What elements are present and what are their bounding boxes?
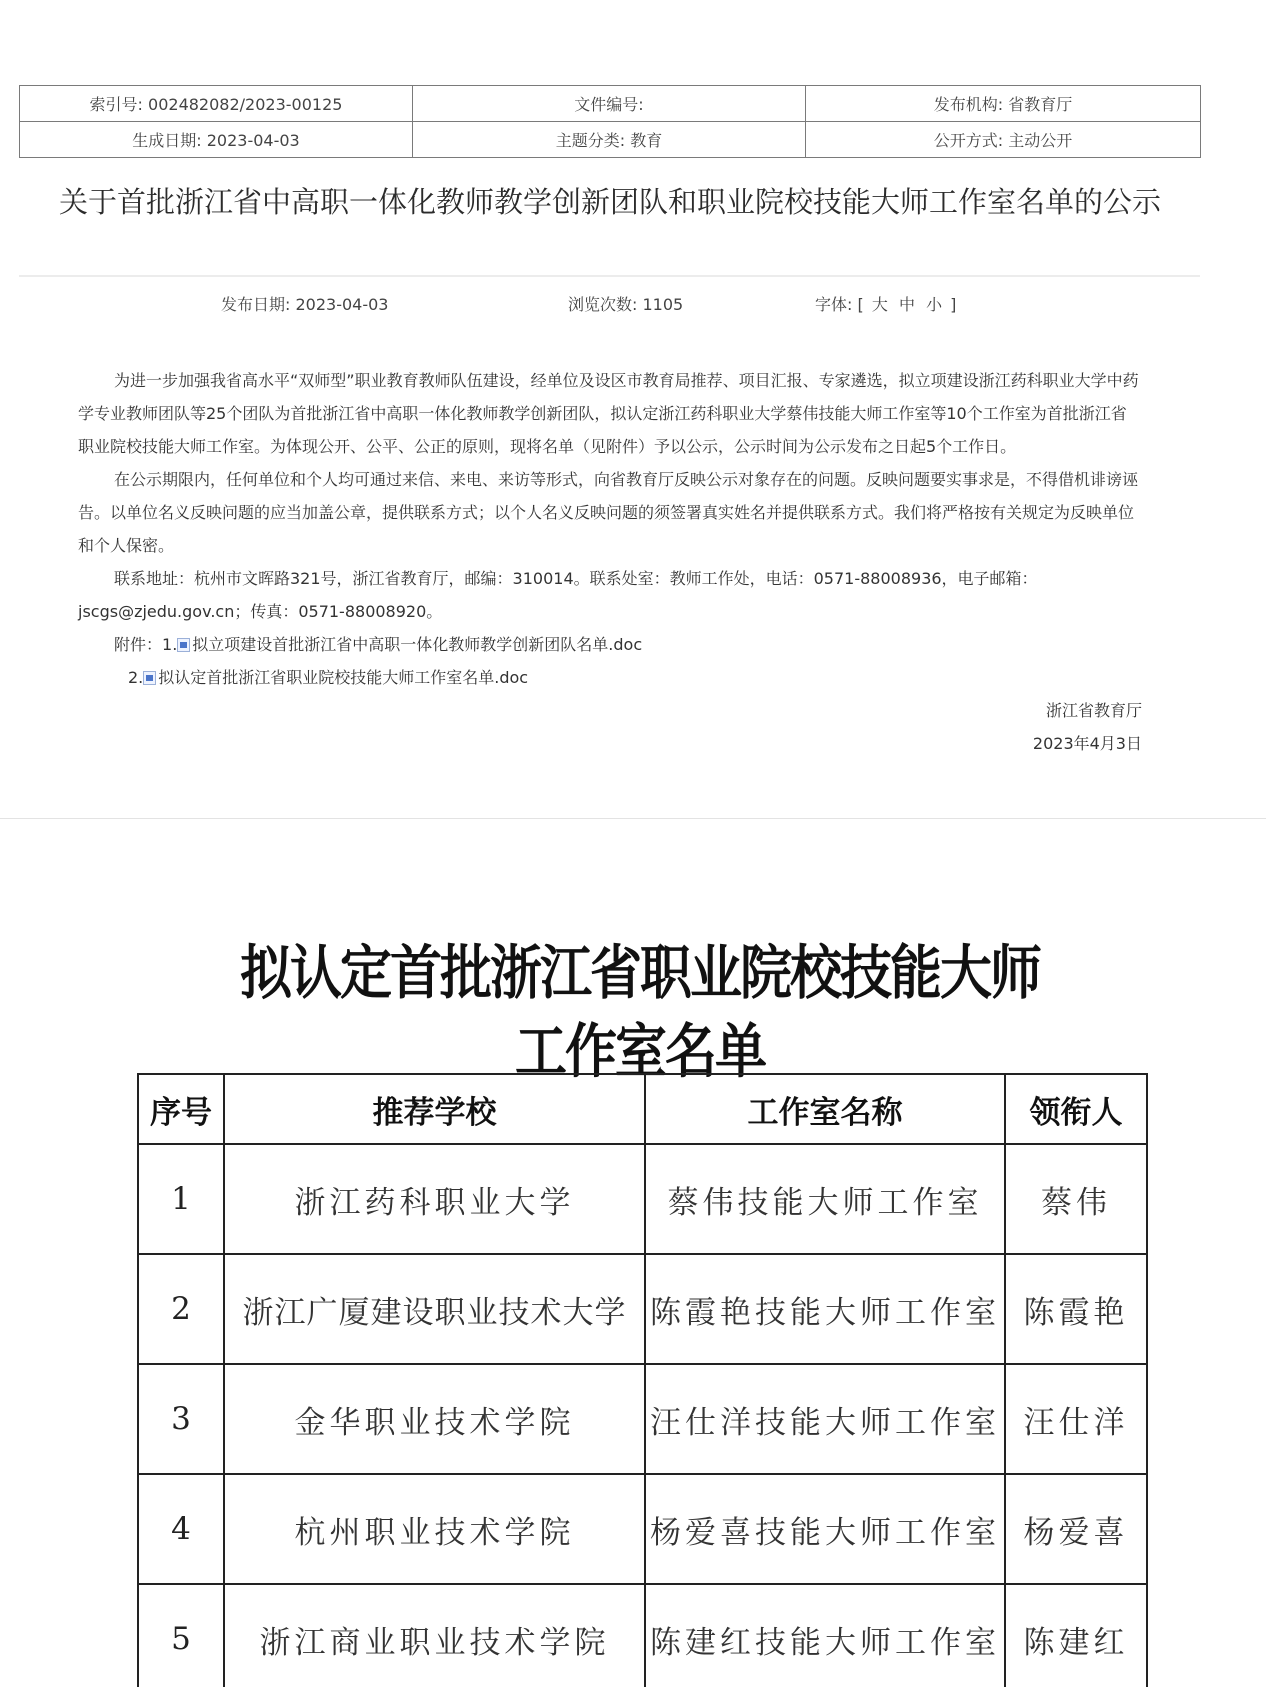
row-school: 浙江药科职业大学 [224,1144,645,1254]
signature-org: 浙江省教育厅 [78,694,1142,727]
row-studio: 汪仕洋技能大师工作室 [645,1364,1005,1474]
file-number: 文件编号: [413,86,806,122]
attachment-link-studios[interactable]: 拟认定首批浙江省职业院校技能大师工作室名单.doc [158,668,528,687]
font-size-control: 字体: [ 大 中 小 ] [815,292,956,315]
document-metadata-table: 索引号: 002482082/2023-00125 文件编号: 发布机构: 省教… [19,85,1201,158]
bracket-close: ] [950,295,956,314]
font-size-label: 字体: [815,295,852,314]
metadata-row: 索引号: 002482082/2023-00125 文件编号: 发布机构: 省教… [20,86,1201,122]
bracket-open: [ [858,295,864,314]
disclosure-method: 公开方式: 主动公开 [806,122,1201,158]
row-leader: 陈建红 [1005,1584,1147,1687]
word-doc-icon [143,671,156,685]
header-studio: 工作室名称 [645,1074,1005,1144]
row-studio: 蔡伟技能大师工作室 [645,1144,1005,1254]
attachments-label: 附件： [114,635,162,654]
table-row: 4 杭州职业技术学院 杨爱喜技能大师工作室 杨爱喜 [138,1474,1147,1584]
row-index: 4 [138,1474,224,1584]
article-body: 为进一步加强我省高水平“双师型”职业教育教师队伍建设，经单位及设区市教育局推荐、… [78,364,1142,760]
row-leader: 杨爱喜 [1005,1474,1147,1584]
attachment-document-title: 拟认定首批浙江省职业院校技能大师 工作室名单 [140,935,1140,1092]
publish-date: 发布日期: 2023-04-03 [221,292,388,315]
paragraph: 为进一步加强我省高水平“双师型”职业教育教师队伍建设，经单位及设区市教育局推荐、… [78,364,1142,463]
row-studio: 陈建红技能大师工作室 [645,1584,1005,1687]
table-row: 2 浙江广厦建设职业技术大学 陈霞艳技能大师工作室 陈霞艳 [138,1254,1147,1364]
row-leader: 陈霞艳 [1005,1254,1147,1364]
generated-date: 生成日期: 2023-04-03 [20,122,413,158]
title-divider [19,275,1200,277]
metadata-row: 生成日期: 2023-04-03 主题分类: 教育 公开方式: 主动公开 [20,122,1201,158]
attachment-link-teams[interactable]: 拟立项建设首批浙江省中高职一体化教师教学创新团队名单.doc [192,635,642,654]
table-row: 5 浙江商业职业技术学院 陈建红技能大师工作室 陈建红 [138,1584,1147,1687]
row-school: 浙江商业职业技术学院 [224,1584,645,1687]
row-index: 2 [138,1254,224,1364]
article-info-bar: 发布日期: 2023-04-03 浏览次数: 1105 字体: [ 大 中 小 … [0,292,1266,316]
header-school: 推荐学校 [224,1074,645,1144]
header-index: 序号 [138,1074,224,1144]
row-index: 1 [138,1144,224,1254]
paragraph: 在公示期限内，任何单位和个人均可通过来信、来电、来访等形式，向省教育厅反映公示对… [78,463,1142,562]
attachment-item: 2.拟认定首批浙江省职业院校技能大师工作室名单.doc [78,661,1142,694]
studio-list-table: 序号 推荐学校 工作室名称 领衔人 1 浙江药科职业大学 蔡伟技能大师工作室 蔡… [137,1073,1148,1687]
font-size-large[interactable]: 大 [869,295,891,314]
table-header-row: 序号 推荐学校 工作室名称 领衔人 [138,1074,1147,1144]
article-title: 关于首批浙江省中高职一体化教师教学创新团队和职业院校技能大师工作室名单的公示 [40,183,1180,221]
attachment-item: 附件：1.拟立项建设首批浙江省中高职一体化教师教学创新团队名单.doc [78,628,1142,661]
header-leader: 领衔人 [1005,1074,1147,1144]
row-studio: 杨爱喜技能大师工作室 [645,1474,1005,1584]
signature-date: 2023年4月3日 [78,727,1142,760]
subject-category: 主题分类: 教育 [413,122,806,158]
attachment-index: 1. [162,635,177,654]
row-leader: 蔡伟 [1005,1144,1147,1254]
view-count: 浏览次数: 1105 [568,292,683,315]
attachment-index: 2. [128,668,143,687]
font-size-medium[interactable]: 中 [896,295,918,314]
row-index: 5 [138,1584,224,1687]
row-studio: 陈霞艳技能大师工作室 [645,1254,1005,1364]
font-size-small[interactable]: 小 [923,295,945,314]
row-school: 浙江广厦建设职业技术大学 [224,1254,645,1364]
row-school: 金华职业技术学院 [224,1364,645,1474]
table-row: 3 金华职业技术学院 汪仕洋技能大师工作室 汪仕洋 [138,1364,1147,1474]
row-leader: 汪仕洋 [1005,1364,1147,1474]
row-index: 3 [138,1364,224,1474]
page-divider [0,818,1266,819]
word-doc-icon [177,638,190,652]
issuing-agency: 发布机构: 省教育厅 [806,86,1201,122]
doc-title-line1: 拟认定首批浙江省职业院校技能大师 [240,939,1040,1007]
row-school: 杭州职业技术学院 [224,1474,645,1584]
index-number: 索引号: 002482082/2023-00125 [20,86,413,122]
table-row: 1 浙江药科职业大学 蔡伟技能大师工作室 蔡伟 [138,1144,1147,1254]
paragraph: 联系地址：杭州市文晖路321号，浙江省教育厅，邮编：310014。联系处室：教师… [78,562,1142,628]
